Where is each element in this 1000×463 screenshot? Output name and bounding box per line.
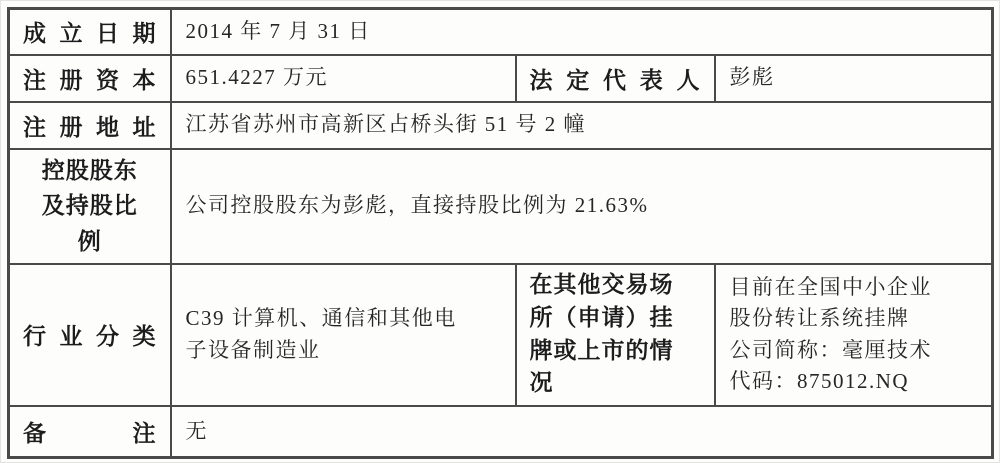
controlling-shareholder-label: 控股股东 及持股比 例 [9, 149, 171, 264]
industry-classification-value: C39 计算机、通信和其他电 子设备制造业 [171, 264, 516, 406]
table-row: 备注 无 [9, 406, 993, 458]
registered-address-label: 注册地址 [9, 102, 171, 149]
industry-classification-label: 行业分类 [9, 264, 171, 406]
table-row: 行业分类 C39 计算机、通信和其他电 子设备制造业 在其他交易场 所（申请）挂… [9, 264, 993, 406]
registered-address-value: 江苏省苏州市高新区占桥头街 51 号 2 幢 [171, 102, 993, 149]
establishment-date-value: 2014 年 7 月 31 日 [171, 9, 993, 55]
establishment-date-label: 成立日期 [9, 9, 171, 55]
other-listing-label: 在其他交易场 所（申请）挂 牌或上市的情 况 [516, 264, 715, 406]
other-listing-value: 目前在全国中小企业 股份转让系统挂牌 公司简称：毫厘技术 代码：875012.N… [715, 264, 993, 406]
legal-representative-value: 彭彪 [715, 55, 993, 102]
table-row: 注册地址 江苏省苏州市高新区占桥头街 51 号 2 幢 [9, 102, 993, 149]
table-row: 控股股东 及持股比 例 公司控股股东为彭彪，直接持股比例为 21.63% [9, 149, 993, 264]
legal-representative-label: 法定代表人 [516, 55, 715, 102]
company-info-table: 成立日期 2014 年 7 月 31 日 注册资本 651.4227 万元 法定… [7, 7, 994, 459]
scanned-document-page: 成立日期 2014 年 7 月 31 日 注册资本 651.4227 万元 法定… [0, 0, 1000, 463]
remarks-value: 无 [171, 406, 993, 458]
controlling-shareholder-value: 公司控股股东为彭彪，直接持股比例为 21.63% [171, 149, 993, 264]
remarks-label: 备注 [9, 406, 171, 458]
table-row: 注册资本 651.4227 万元 法定代表人 彭彪 [9, 55, 993, 102]
table-row: 成立日期 2014 年 7 月 31 日 [9, 9, 993, 55]
registered-capital-value: 651.4227 万元 [171, 55, 516, 102]
registered-capital-label: 注册资本 [9, 55, 171, 102]
